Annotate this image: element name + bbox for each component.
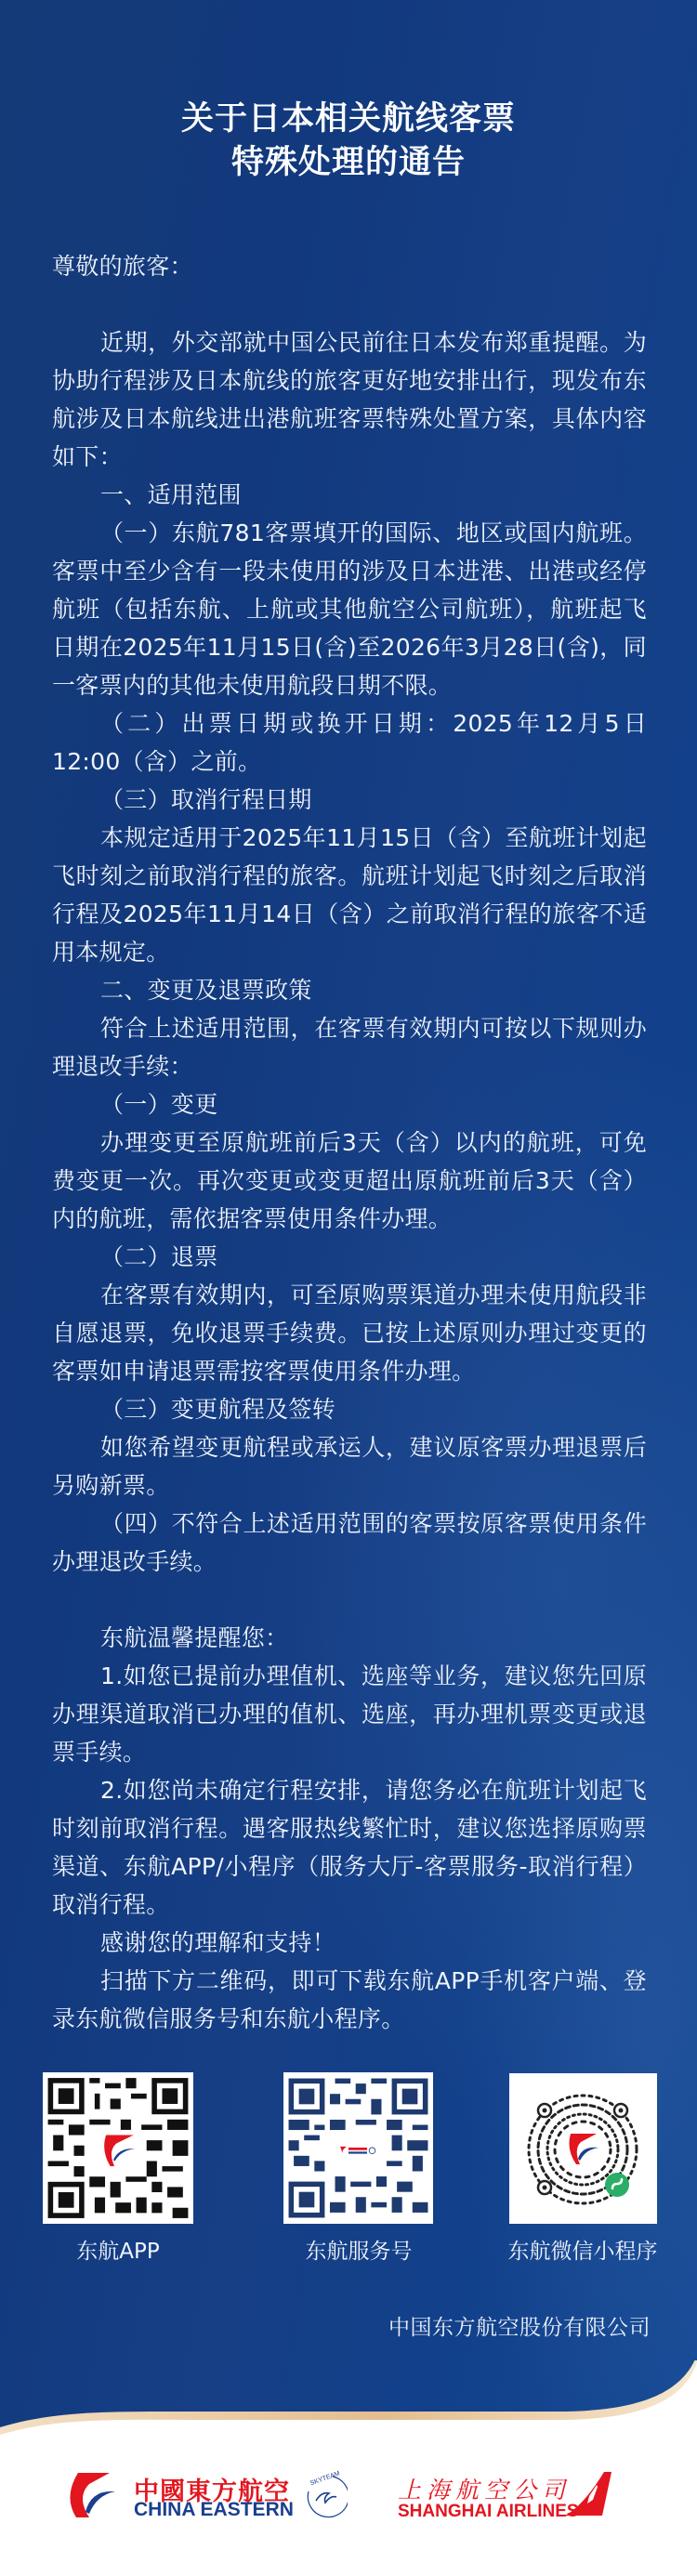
qr-service-account-label: 东航服务号 — [256, 2234, 461, 2265]
notice-title-line2: 特殊处理的通告 — [0, 137, 697, 183]
subheading: （三）取消行程日期 — [52, 781, 647, 819]
paragraph: 本规定适用于2025年11月15日（含）至航班计划起飞时刻之前取消行程的旅客。航… — [52, 819, 647, 971]
notice-title-line1: 关于日本相关航线客票 — [0, 93, 697, 139]
notice-page: 关于日本相关航线客票 特殊处理的通告 尊敬的旅客： 近期，外交部就中国公民前往日… — [0, 0, 697, 2576]
salutation: 尊敬的旅客： — [52, 247, 647, 285]
qr-mini-program-label: 东航微信小程序 — [480, 2234, 685, 2265]
reminder-heading: 东航温馨提醒您： — [52, 1619, 647, 1657]
shanghai-airlines-tail-icon — [565, 2472, 612, 2518]
china-eastern-en-name: CHINA EASTERN — [134, 2499, 294, 2521]
qr-app-label: 东航APP — [16, 2234, 220, 2265]
company-name: 中国东方航空股份有限公司 — [388, 2310, 651, 2341]
wave-divider — [0, 2360, 697, 2472]
qr-code-icon — [43, 2072, 193, 2224]
paragraph: 近期，外交部就中国公民前往日本发布郑重提醒。为协助行程涉及日本航线的旅客更好地安… — [52, 323, 647, 476]
section-heading-scope: 一、适用范围 — [52, 476, 647, 514]
reminder-item: 1.如您已提前办理值机、选座等业务，建议您先回原办理渠道取消已办理的值机、选座，… — [52, 1657, 647, 1771]
svg-text:SKYTEAM: SKYTEAM — [309, 2470, 341, 2487]
paragraph: 符合上述适用范围，在客票有效期内可按以下规则办理退改手续： — [52, 1009, 647, 1085]
paragraph: （二）出票日期或换开日期：2025年12月5日12:00（含）之前。 — [52, 704, 647, 781]
paragraph: 在客票有效期内，可至原购票渠道办理未使用航段非自愿退票，免收退票手续费。已按上述… — [52, 1276, 647, 1390]
paragraph: （一）东航781客票填开的国际、地区或国内航班。客票中至少含有一段未使用的涉及日… — [52, 514, 647, 704]
mini-program-code-icon — [509, 2073, 657, 2224]
shanghai-airlines-en-name: SHANGHAI AIRLINES — [398, 2502, 579, 2522]
subheading: （一）变更 — [52, 1085, 647, 1124]
paragraph: （四）不符合上述适用范围的客票按原客票使用条件办理退改手续。 — [52, 1505, 647, 1581]
paragraph: 如您希望变更航程或承运人，建议原客票办理退票后另购新票。 — [52, 1428, 647, 1505]
qr-mini-program[interactable] — [509, 2073, 657, 2224]
paragraph: 办理变更至原航班前后3天（含）以内的航班，可免费变更一次。再次变更或变更超出原航… — [52, 1124, 647, 1238]
qr-service-account[interactable] — [283, 2072, 433, 2224]
thanks-text: 感谢您的理解和支持！ — [52, 1924, 647, 1962]
section-heading-policy: 二、变更及退票政策 — [52, 971, 647, 1009]
qr-code-icon — [283, 2072, 433, 2224]
subheading: （二）退票 — [52, 1238, 647, 1276]
reminder-item: 2.如您尚未确定行程安排，请您务必在航班计划起飞时刻前取消行程。遇客服热线繁忙时… — [52, 1771, 647, 1924]
shanghai-airlines-cn-name: 上海航空公司 — [398, 2472, 571, 2505]
qr-app[interactable] — [43, 2072, 193, 2224]
notice-body: 尊敬的旅客： 近期，外交部就中国公民前往日本发布郑重提醒。为协助行程涉及日本航线… — [52, 247, 647, 2038]
subheading: （三）变更航程及签转 — [52, 1390, 647, 1428]
scan-instruction: 扫描下方二维码，即可下载东航APP手机客户端、登录东航微信服务号和东航小程序。 — [52, 1962, 647, 2038]
skyteam-icon: SKYTEAM — [301, 2469, 348, 2521]
